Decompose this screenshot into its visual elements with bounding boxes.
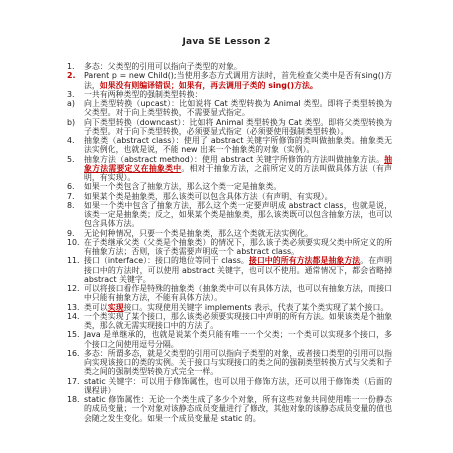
item-text: 如果一个类包含了抽象方法，那么这个类一定是抽象类。 xyxy=(84,182,392,191)
text-segment: 如果一个类包含了抽象方法，那么这个类一定是抽象类。 xyxy=(84,182,281,191)
text-segment: Java 是单继承的，也就是说某个类只能有唯一一个父类；一个类可以实现多个接口，… xyxy=(84,330,392,348)
list-item: 13.类可以实现接口。实现使用关键字 implements 表示，代表了某个类实… xyxy=(67,303,392,312)
list-item: 2.Parent p = new Child();当使用多态方式调用方法时，首先… xyxy=(67,71,392,90)
item-marker: 14. xyxy=(67,312,84,331)
item-marker: 7. xyxy=(67,192,84,201)
highlighted-text-segment: 如果没有则编译错误；如果有，再去调用子类的 sing()方法。 xyxy=(100,81,318,90)
list-item: 6.如果一个类包含了抽象方法，那么这个类一定是抽象类。 xyxy=(67,182,392,191)
item-text: static 关键字：可以用于修饰属性，也可以用于修饰方法，还可以用于修饰类（后… xyxy=(84,377,392,396)
item-marker: b) xyxy=(67,118,84,137)
text-segment: 接口（interface）：接口的地位等同于 class。 xyxy=(84,256,249,265)
item-text: 在子类继承父类（父类是个抽象类）的情况下，那么该子类必须要实现父类中所定义的所有… xyxy=(84,238,392,257)
item-marker: 6. xyxy=(67,182,84,191)
text-segment: 多态：父类型的引用可以指向子类型的对象。 xyxy=(84,62,242,71)
text-segment: 如果一个类中包含了抽象方法，那么这个类一定要声明成 abstract class… xyxy=(84,201,392,229)
list-item: 4.抽象类（abstract class）：使用了 abstract 关键字所修… xyxy=(67,136,392,155)
item-text: static 修饰属性：无论一个类生成了多少个对象，所有这些对象共同使用唯一一份… xyxy=(84,395,392,423)
document-page: Java SE Lesson 2 1.多态：父类型的引用可以指向子类型的对象。2… xyxy=(0,0,453,453)
item-text: 可以将接口看作是特殊的抽象类（抽象类中可以有具体方法，也可以有抽象方法，而接口中… xyxy=(84,284,392,303)
list-item: 10.在子类继承父类（父类是个抽象类）的情况下，那么该子类必须要实现父类中所定义… xyxy=(67,238,392,257)
item-marker: 12. xyxy=(67,284,84,303)
item-marker: 8. xyxy=(67,201,84,229)
text-segment: 如果某个类是抽象类，那么该类可以包含具体方法（有声明、有实现）。 xyxy=(84,192,333,201)
text-segment: 接口。实现使用关键字 implements 表示，代表了某个类实现了某个接口。 xyxy=(123,303,388,312)
list-item: 1.多态：父类型的引用可以指向子类型的对象。 xyxy=(67,62,392,71)
item-text: 一共有两种类型的强制类型转换： xyxy=(84,90,392,99)
document-title: Java SE Lesson 2 xyxy=(0,37,453,47)
item-marker: 13. xyxy=(67,303,84,312)
list-item: 8.如果一个类中包含了抽象方法，那么这个类一定要声明成 abstract cla… xyxy=(67,201,392,229)
highlighted-text-segment: 实现 xyxy=(108,303,124,312)
list-item: b)向下类型转换（downcast）：比如将 Animal 类型转换为 Cat … xyxy=(67,118,392,137)
item-marker: 16. xyxy=(67,349,84,377)
text-segment: 类可以 xyxy=(84,303,108,312)
list-item: 15.Java 是单继承的，也就是说某个类只能有唯一一个父类；一个类可以实现多个… xyxy=(67,330,392,349)
list-item: 18.static 修饰属性：无论一个类生成了多少个对象，所有这些对象共同使用唯… xyxy=(67,395,392,423)
item-marker: 4. xyxy=(67,136,84,155)
list-item: 16.多态：所谓多态，就是父类型的引用可以指向子类型的对象，或者接口类型的引用可… xyxy=(67,349,392,377)
item-text: 接口（interface）：接口的地位等同于 class。接口中的所有方法都是抽… xyxy=(84,256,392,284)
text-segment: 一个类实现了某个接口，那么该类必须要实现接口中声明的所有方法。如果该类是个抽象类… xyxy=(84,312,392,330)
item-text: 多态：所谓多态，就是父类型的引用可以指向子类型的对象，或者接口类型的引用可以指向… xyxy=(84,349,392,377)
text-segment: 抽象方法（abstract method）：使用 abstract 关键字所修饰… xyxy=(84,155,384,164)
item-text: Parent p = new Child();当使用多态方式调用方法时，首先检查… xyxy=(84,71,392,90)
list-item: 14.一个类实现了某个接口，那么该类必须要实现接口中声明的所有方法。如果该类是个… xyxy=(67,312,392,331)
text-segment: 向上类型转换（upcast）：比如说将 Cat 类型转换为 Animal 类型。… xyxy=(84,99,392,117)
item-marker: 5. xyxy=(67,155,84,183)
item-marker: 11. xyxy=(67,256,84,284)
item-text: 抽象类（abstract class）：使用了 abstract 关键字所修饰的… xyxy=(84,136,392,155)
text-segment: 可以将接口看作是特殊的抽象类（抽象类中可以有具体方法，也可以有抽象方法，而接口中… xyxy=(84,284,392,302)
item-marker: 1. xyxy=(67,62,84,71)
text-segment: 抽象类（abstract class）：使用了 abstract 关键字所修饰的… xyxy=(84,136,392,154)
item-marker: 3. xyxy=(67,90,84,99)
item-marker: 15. xyxy=(67,330,84,349)
item-marker: 17. xyxy=(67,377,84,396)
item-text: 一个类实现了某个接口，那么该类必须要实现接口中声明的所有方法。如果该类是个抽象类… xyxy=(84,312,392,331)
item-marker: 9. xyxy=(67,229,84,238)
text-segment: static 修饰属性：无论一个类生成了多少个对象，所有这些对象共同使用唯一一份… xyxy=(84,395,392,423)
list-item: 3.一共有两种类型的强制类型转换： xyxy=(67,90,392,99)
list-item: 17.static 关键字：可以用于修饰属性，也可以用于修饰方法，还可以用于修饰… xyxy=(67,377,392,396)
list-item: a)向上类型转换（upcast）：比如说将 Cat 类型转换为 Animal 类… xyxy=(67,99,392,118)
text-segment: 一共有两种类型的强制类型转换： xyxy=(84,90,202,99)
item-text: 抽象方法（abstract method）：使用 abstract 关键字所修饰… xyxy=(84,155,392,183)
item-marker: 10. xyxy=(67,238,84,257)
item-marker: a) xyxy=(67,99,84,118)
list-item: 5.抽象方法（abstract method）：使用 abstract 关键字所… xyxy=(67,155,392,183)
text-segment: 在子类继承父类（父类是个抽象类）的情况下，那么该子类必须要实现父类中所定义的所有… xyxy=(84,238,392,256)
item-text: Java 是单继承的，也就是说某个类只能有唯一一个父类；一个类可以实现多个接口，… xyxy=(84,330,392,349)
item-text: 多态：父类型的引用可以指向子类型的对象。 xyxy=(84,62,392,71)
item-text: 如果某个类是抽象类，那么该类可以包含具体方法（有声明、有实现）。 xyxy=(84,192,392,201)
text-segment: 向下类型转换（downcast）：比如将 Animal 类型转换为 Cat 类型… xyxy=(84,118,392,136)
item-marker: 2. xyxy=(67,71,84,90)
item-text: 类可以实现接口。实现使用关键字 implements 表示，代表了某个类实现了某… xyxy=(84,303,392,312)
list-item: 11.接口（interface）：接口的地位等同于 class。接口中的所有方法… xyxy=(67,256,392,284)
item-text: 无论何种情况，只要一个类是抽象类，那么这个类就无法实例化。 xyxy=(84,229,392,238)
list-item: 9.无论何种情况，只要一个类是抽象类，那么这个类就无法实例化。 xyxy=(67,229,392,238)
item-text: 如果一个类中包含了抽象方法，那么这个类一定要声明成 abstract class… xyxy=(84,201,392,229)
item-marker: 18. xyxy=(67,395,84,423)
item-text: 向下类型转换（downcast）：比如将 Animal 类型转换为 Cat 类型… xyxy=(84,118,392,137)
highlighted-text-segment: 接口中的所有方法都是抽象方法 xyxy=(249,256,360,265)
text-segment: static 关键字：可以用于修饰属性，也可以用于修饰方法，还可以用于修饰类（后… xyxy=(84,377,392,395)
list-item: 12.可以将接口看作是特殊的抽象类（抽象类中可以有具体方法，也可以有抽象方法，而… xyxy=(67,284,392,303)
item-text: 向上类型转换（upcast）：比如说将 Cat 类型转换为 Animal 类型。… xyxy=(84,99,392,118)
text-segment: 无论何种情况，只要一个类是抽象类，那么这个类就无法实例化。 xyxy=(84,229,313,238)
list-item: 7.如果某个类是抽象类，那么该类可以包含具体方法（有声明、有实现）。 xyxy=(67,192,392,201)
text-segment: 多态：所谓多态，就是父类型的引用可以指向子类型的对象，或者接口类型的引用可以指向… xyxy=(84,349,392,377)
notes-list: 1.多态：父类型的引用可以指向子类型的对象。2.Parent p = new C… xyxy=(67,62,392,423)
